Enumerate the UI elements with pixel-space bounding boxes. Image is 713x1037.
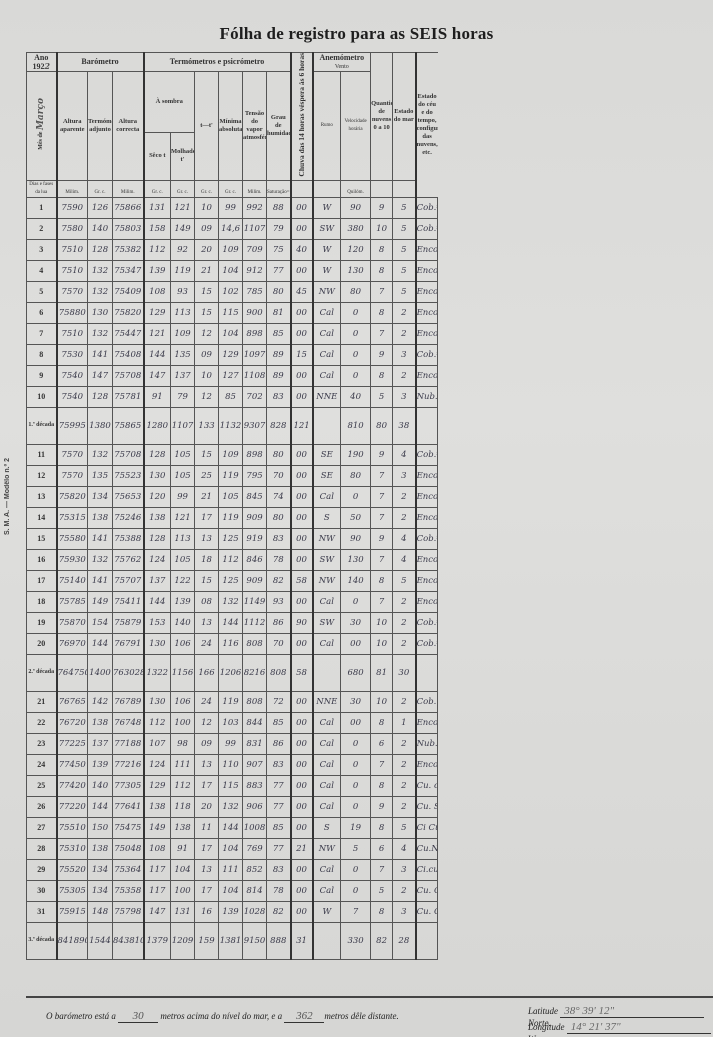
cell-value: 78 bbox=[267, 880, 291, 901]
cell-value: Cal bbox=[313, 633, 341, 654]
cell-value: 135 bbox=[88, 465, 113, 486]
cell-value: 129 bbox=[144, 302, 171, 323]
cell-value: 75310 bbox=[57, 838, 88, 859]
cell-value: 77216 bbox=[113, 754, 144, 775]
cell-value: 7 bbox=[371, 323, 393, 344]
cell-value: 75580 bbox=[57, 528, 88, 549]
cell-value: 5 bbox=[393, 570, 416, 591]
table-row: 87530141754081441350912910978915Cal093Co… bbox=[27, 344, 713, 365]
cell-value: 90 bbox=[341, 197, 371, 218]
footer-divider bbox=[26, 996, 713, 998]
cell-value: 92 bbox=[171, 239, 195, 260]
cell-value: 3 bbox=[393, 859, 416, 880]
cell-value: 75510 bbox=[57, 817, 88, 838]
cell-value: 00 bbox=[291, 444, 313, 465]
cell-value: 139 bbox=[219, 901, 243, 922]
cell-value: 93 bbox=[267, 591, 291, 612]
cell-value: 82 bbox=[267, 570, 291, 591]
cell-value: 14,6 bbox=[219, 218, 243, 239]
cell-value: 121 bbox=[144, 323, 171, 344]
cell-value: 7570 bbox=[57, 444, 88, 465]
cell-value: 1108 bbox=[243, 365, 267, 386]
cell-value: 5 bbox=[393, 197, 416, 218]
table-row: 13758201347565312099211058457400Cal072En… bbox=[27, 486, 713, 507]
cell-value: 81 bbox=[371, 654, 393, 691]
cell-value: 104 bbox=[171, 859, 195, 880]
cell-value: 75880 bbox=[57, 302, 88, 323]
cell-value: 75246 bbox=[113, 507, 144, 528]
cell-value: 898 bbox=[243, 323, 267, 344]
cell-value: 10 bbox=[371, 218, 393, 239]
day-number: 2 bbox=[27, 218, 57, 239]
cell-value: 125 bbox=[219, 570, 243, 591]
cell-value: 58 bbox=[291, 570, 313, 591]
cell-value: 105 bbox=[171, 465, 195, 486]
cell-value: 7570 bbox=[57, 465, 88, 486]
cell-value: 15 bbox=[195, 281, 219, 302]
cell-value: 77 bbox=[267, 796, 291, 817]
cell-value: 828 bbox=[267, 407, 291, 444]
cell-value: 75358 bbox=[113, 880, 144, 901]
cell-value: 144 bbox=[144, 344, 171, 365]
cell-value: 121 bbox=[171, 507, 195, 528]
sky-description: Nub.º Cu.St.cu bbox=[416, 733, 438, 754]
cell-value: 130 bbox=[144, 465, 171, 486]
cell-value: 132 bbox=[219, 591, 243, 612]
cell-value: 75382 bbox=[113, 239, 144, 260]
cell-value: 9307 bbox=[243, 407, 267, 444]
sky-description: Cu. Ci.cu bbox=[416, 880, 438, 901]
cell-value: 1107 bbox=[243, 218, 267, 239]
cell-value: 28 bbox=[393, 922, 416, 959]
cell-value: 11 bbox=[195, 817, 219, 838]
day-number: 26 bbox=[27, 796, 57, 817]
sky-description: Cu. St.cu bbox=[416, 796, 438, 817]
cell-value: 90 bbox=[291, 612, 313, 633]
register-rows: 175901267586613112110999928800W9095Cob.º… bbox=[27, 197, 713, 959]
cell-value: 1400 bbox=[88, 654, 113, 691]
cell-value: 80 bbox=[341, 465, 371, 486]
table-row: 28753101387504810891171047697721NW564Cu.… bbox=[27, 838, 713, 859]
sky-description: Encob.º St.cu bbox=[416, 465, 438, 486]
table-row: 3175915148757981471311613910288200W783Cu… bbox=[27, 901, 713, 922]
cell-value: 137 bbox=[171, 365, 195, 386]
cell-value: 10 bbox=[195, 365, 219, 386]
latitude-field: 38° 39' 12" bbox=[560, 1005, 704, 1018]
table-row: 267722014477641138118201329067700Cal092C… bbox=[27, 796, 713, 817]
form-model-label: S. M. A. — Modêlo n.º 2 bbox=[4, 455, 18, 535]
sky-description: Cob. Aft. Ni Abu bbox=[416, 691, 438, 712]
cell-value: 138 bbox=[88, 712, 113, 733]
cell-value: 106 bbox=[171, 633, 195, 654]
cell-value: 120 bbox=[341, 239, 371, 260]
cell-value: 12 bbox=[195, 386, 219, 407]
cell-value: 8 bbox=[371, 239, 393, 260]
decade-summary-row: 2.ª década764750140076302813221156166120… bbox=[27, 654, 713, 691]
cell-value: 330 bbox=[341, 922, 371, 959]
barometer-note: O barómetro está a 30 metros acima do ní… bbox=[46, 1010, 399, 1023]
cell-value: 190 bbox=[341, 444, 371, 465]
cell-value: 7590 bbox=[57, 197, 88, 218]
cell-value: 09 bbox=[195, 218, 219, 239]
sky-description: Encob.º St.cu bbox=[416, 281, 438, 302]
cell-value: 83 bbox=[267, 386, 291, 407]
day-number: 27 bbox=[27, 817, 57, 838]
cell-value: 20 bbox=[195, 239, 219, 260]
cell-value: 75523 bbox=[113, 465, 144, 486]
cell-value: NW bbox=[313, 528, 341, 549]
cell-value: 106 bbox=[171, 691, 195, 712]
cell-value: NNE bbox=[313, 386, 341, 407]
cell-value: 2 bbox=[393, 775, 416, 796]
cell-value: 100 bbox=[171, 712, 195, 733]
cell-value: 3 bbox=[393, 901, 416, 922]
cell-value: 0 bbox=[341, 733, 371, 754]
cell-value: 100 bbox=[171, 880, 195, 901]
table-row: 307530513475358117100171048147800Cal052C… bbox=[27, 880, 713, 901]
cell-value: 0 bbox=[341, 591, 371, 612]
cell-value: 130 bbox=[88, 302, 113, 323]
table-row: 67588013075820129113151159008100Cal082En… bbox=[27, 302, 713, 323]
cell-value: 00 bbox=[341, 633, 371, 654]
day-number: 7 bbox=[27, 323, 57, 344]
cell-value: 7540 bbox=[57, 386, 88, 407]
cell-value: 75411 bbox=[113, 591, 144, 612]
cell-value: 112 bbox=[219, 549, 243, 570]
day-number: 17 bbox=[27, 570, 57, 591]
cell-value: 139 bbox=[171, 591, 195, 612]
cell-value: 8 bbox=[371, 817, 393, 838]
cell-value: 5 bbox=[371, 880, 393, 901]
cell-value: 00 bbox=[291, 880, 313, 901]
decade-label: 1.ª década bbox=[27, 407, 57, 444]
cell-value: Cal bbox=[313, 859, 341, 880]
cell-value: 7510 bbox=[57, 323, 88, 344]
cell-value: 7 bbox=[371, 465, 393, 486]
day-number: 22 bbox=[27, 712, 57, 733]
cell-value: 144 bbox=[144, 591, 171, 612]
table-row: 2377225137771881079809998318600Cal062Nub… bbox=[27, 733, 713, 754]
cell-value: 147 bbox=[144, 901, 171, 922]
cell-value: 118 bbox=[171, 796, 195, 817]
day-number: 15 bbox=[27, 528, 57, 549]
cell-value: 15 bbox=[291, 344, 313, 365]
cell-value: 10 bbox=[371, 612, 393, 633]
decade-summary-row: 1.ª década759951380758651280110713311329… bbox=[27, 407, 713, 444]
sky-header: Estado do céu e do tempo, configuração d… bbox=[416, 53, 438, 198]
cell-value: 83 bbox=[267, 859, 291, 880]
cell-value: 2 bbox=[393, 691, 416, 712]
cell-value: 91 bbox=[171, 838, 195, 859]
cell-value: 810 bbox=[341, 407, 371, 444]
cell-value: 75879 bbox=[113, 612, 144, 633]
cell-value: 15 bbox=[195, 302, 219, 323]
cell-value: 9 bbox=[371, 344, 393, 365]
cell-value: 86 bbox=[267, 612, 291, 633]
table-row: 1875785149754111441390813211499300Cal072… bbox=[27, 591, 713, 612]
cell-value: 77450 bbox=[57, 754, 88, 775]
cell-value: 0 bbox=[341, 486, 371, 507]
cell-value: 08 bbox=[195, 591, 219, 612]
cell-value: 81 bbox=[267, 302, 291, 323]
cell-value bbox=[313, 654, 341, 691]
cell-value: 909 bbox=[243, 507, 267, 528]
cell-value: 13 bbox=[195, 859, 219, 880]
cell-value: NW bbox=[313, 281, 341, 302]
cell-value: 9 bbox=[371, 197, 393, 218]
sky-description: Cu. Cu.Nb bbox=[416, 901, 438, 922]
page-title: Fólha de registro para as SEIS horas bbox=[0, 24, 713, 44]
cell-value: 75820 bbox=[57, 486, 88, 507]
cell-value: Cal bbox=[313, 733, 341, 754]
cell-value: 00 bbox=[291, 591, 313, 612]
sea-header: Estado do mar bbox=[393, 53, 416, 181]
cell-value: 102 bbox=[219, 281, 243, 302]
cell-value: 45 bbox=[291, 281, 313, 302]
unit-label bbox=[291, 180, 313, 197]
cell-value: 25 bbox=[195, 465, 219, 486]
table-row: 375101287538211292201097097540W12085Enco… bbox=[27, 239, 713, 260]
day-number: 8 bbox=[27, 344, 57, 365]
sky-description: Cob.º nevoado cu.Nb chuvisco bbox=[416, 444, 438, 465]
cell-value: 00 bbox=[291, 859, 313, 880]
cell-value: 70 bbox=[267, 633, 291, 654]
cell-value: 0 bbox=[341, 365, 371, 386]
cell-value: 139 bbox=[144, 260, 171, 281]
cell-value: 898 bbox=[243, 444, 267, 465]
cell-value: 5 bbox=[371, 386, 393, 407]
cell-value: 4 bbox=[393, 838, 416, 859]
cell-value: Cal bbox=[313, 775, 341, 796]
cell-value: 8 bbox=[371, 570, 393, 591]
cell-value: 30 bbox=[341, 612, 371, 633]
cell-value: 24 bbox=[195, 691, 219, 712]
table-row: 217676514276789130106241198087200NNE3010… bbox=[27, 691, 713, 712]
sky-description: Encob.º ci.St bbox=[416, 507, 438, 528]
cell-value: 149 bbox=[144, 817, 171, 838]
cell-value: 907 bbox=[243, 754, 267, 775]
sky-description: Ci Cu. Cu.Nb bbox=[416, 817, 438, 838]
cell-value: 7 bbox=[371, 859, 393, 880]
sky-description: Encob.º St.cu bbox=[416, 260, 438, 281]
cell-value: 111 bbox=[171, 754, 195, 775]
cell-value: 121 bbox=[291, 407, 313, 444]
day-number: 11 bbox=[27, 444, 57, 465]
cell-value: 104 bbox=[219, 838, 243, 859]
anemometer-group-header: AnemómetroVento bbox=[313, 53, 371, 72]
table-row: 97540147757081471371012711088900Cal082En… bbox=[27, 365, 713, 386]
cell-value: 3 bbox=[393, 465, 416, 486]
cell-value: 113 bbox=[171, 528, 195, 549]
cell-value: 795 bbox=[243, 465, 267, 486]
sky-description: Encob.º St.cu bbox=[416, 239, 438, 260]
cell-value: 133 bbox=[195, 407, 219, 444]
cell-value: 0 bbox=[341, 302, 371, 323]
cell-value: 10 bbox=[371, 633, 393, 654]
day-number: 1 bbox=[27, 197, 57, 218]
cell-value: 91 bbox=[144, 386, 171, 407]
cell-value: 139 bbox=[88, 754, 113, 775]
cell-value: 149 bbox=[88, 591, 113, 612]
sky-description: Encob.º St.cu bbox=[416, 486, 438, 507]
cell-value: 72 bbox=[267, 691, 291, 712]
cell-value: 132 bbox=[219, 796, 243, 817]
cell-value: 75781 bbox=[113, 386, 144, 407]
sky-description bbox=[416, 922, 438, 959]
cell-value: 78 bbox=[267, 549, 291, 570]
wet-temp-header: Molhado t' bbox=[171, 132, 195, 180]
day-number: 6 bbox=[27, 302, 57, 323]
unit-label: Gr. c. bbox=[195, 180, 219, 197]
cell-value: 7510 bbox=[57, 239, 88, 260]
cell-value: 77305 bbox=[113, 775, 144, 796]
cell-value: 4 bbox=[393, 444, 416, 465]
unit-label: Gr. c. bbox=[219, 180, 243, 197]
sky-description: Encob.º chuvisco, nevoeiro no monte ci.c… bbox=[416, 365, 438, 386]
sky-description: Cob.º Aft. Cu Ni bbox=[416, 612, 438, 633]
cell-value: NNE bbox=[313, 691, 341, 712]
cell-value: 12 bbox=[195, 323, 219, 344]
min-temp-header: Mínima absoluta bbox=[219, 72, 243, 181]
cell-value: SW bbox=[313, 612, 341, 633]
cell-value: 129 bbox=[144, 775, 171, 796]
cell-value: 75388 bbox=[113, 528, 144, 549]
cell-value: 88 bbox=[267, 197, 291, 218]
cell-value: 00 bbox=[291, 549, 313, 570]
cell-value: 132 bbox=[88, 281, 113, 302]
cell-value: 5 bbox=[393, 817, 416, 838]
cell-value: 89 bbox=[267, 344, 291, 365]
cell-value: 7530 bbox=[57, 344, 88, 365]
cell-value: 00 bbox=[291, 323, 313, 344]
cell-value: 113 bbox=[171, 302, 195, 323]
cell-value: 5 bbox=[393, 239, 416, 260]
cell-value bbox=[313, 407, 341, 444]
day-number: 19 bbox=[27, 612, 57, 633]
cell-value: 83 bbox=[267, 528, 291, 549]
rain-header: Chuva das 14 horas véspera às 6 horas bbox=[291, 53, 313, 181]
day-number: 24 bbox=[27, 754, 57, 775]
cell-value: 75866 bbox=[113, 197, 144, 218]
cell-value: 4 bbox=[393, 549, 416, 570]
cell-value: 138 bbox=[88, 838, 113, 859]
table-row: 227672013876748112100121038448500Cal0081… bbox=[27, 712, 713, 733]
cell-value: 127 bbox=[219, 365, 243, 386]
cell-value: 09 bbox=[195, 733, 219, 754]
unit-label: Milim. bbox=[243, 180, 267, 197]
unit-label: Milim. bbox=[57, 180, 88, 197]
cell-value: 00 bbox=[291, 386, 313, 407]
cell-value: 7580 bbox=[57, 218, 88, 239]
barometer-group-header: Barómetro bbox=[57, 53, 144, 72]
cell-value: 13 bbox=[195, 754, 219, 775]
cell-value: 00 bbox=[291, 365, 313, 386]
cell-value: 80 bbox=[371, 407, 393, 444]
cell-value: 5 bbox=[393, 260, 416, 281]
cell-value: 15 bbox=[195, 570, 219, 591]
cell-value: 7 bbox=[371, 281, 393, 302]
cell-value: 00 bbox=[341, 712, 371, 733]
cell-value: 1209 bbox=[171, 922, 195, 959]
cell-value: 77 bbox=[267, 260, 291, 281]
cell-value: 80 bbox=[267, 444, 291, 465]
cell-value: 75820 bbox=[113, 302, 144, 323]
cell-value: 115 bbox=[219, 775, 243, 796]
cell-value: 845 bbox=[243, 486, 267, 507]
cell-value: 119 bbox=[219, 465, 243, 486]
cell-value: 40 bbox=[341, 386, 371, 407]
cell-value: 131 bbox=[171, 901, 195, 922]
cell-value: Cal bbox=[313, 323, 341, 344]
cell-value: 99 bbox=[171, 486, 195, 507]
cell-value: 82 bbox=[371, 922, 393, 959]
cell-value: 75798 bbox=[113, 901, 144, 922]
cell-value: 1132 bbox=[219, 407, 243, 444]
cell-value: Cal bbox=[313, 591, 341, 612]
cell-value: 10 bbox=[371, 691, 393, 712]
day-number: 4 bbox=[27, 260, 57, 281]
table-row: 4751013275347139119211049127700W13085Enc… bbox=[27, 260, 713, 281]
table-row: 11757013275708128105151098988000SE19094C… bbox=[27, 444, 713, 465]
unit-label: Gr. c. bbox=[171, 180, 195, 197]
day-number: 20 bbox=[27, 633, 57, 654]
cell-value: 00 bbox=[291, 775, 313, 796]
cell-value: S bbox=[313, 507, 341, 528]
cell-value: 76791 bbox=[113, 633, 144, 654]
cell-value: 75870 bbox=[57, 612, 88, 633]
cell-value: 808 bbox=[243, 633, 267, 654]
cell-value: 75785 bbox=[57, 591, 88, 612]
cell-value: 105 bbox=[219, 486, 243, 507]
cell-value: 1149 bbox=[243, 591, 267, 612]
cell-value: 8 bbox=[371, 365, 393, 386]
cell-value: 8 bbox=[371, 712, 393, 733]
cell-value: 144 bbox=[88, 633, 113, 654]
cell-value: 17 bbox=[195, 838, 219, 859]
day-number: 14 bbox=[27, 507, 57, 528]
longitude-field: 14° 21' 37" bbox=[567, 1021, 711, 1034]
cell-value: 8 bbox=[371, 302, 393, 323]
temp-diff-header: t—t' bbox=[195, 72, 219, 181]
barometer-thermometer-header: Termómetro adjunto bbox=[88, 72, 113, 181]
cell-value: 85 bbox=[267, 323, 291, 344]
sky-description: Encob.º nevoado cu.st.cu.ci bbox=[416, 591, 438, 612]
cell-value: 814 bbox=[243, 880, 267, 901]
cell-value: 128 bbox=[144, 528, 171, 549]
cell-value: 105 bbox=[171, 444, 195, 465]
table-row: 575701327540910893151027858045NW8075Enco… bbox=[27, 281, 713, 302]
cell-value: 7 bbox=[371, 486, 393, 507]
cell-value: 90 bbox=[341, 528, 371, 549]
cell-value: Cal bbox=[313, 486, 341, 507]
cell-value: 852 bbox=[243, 859, 267, 880]
barometer-correct-header: Altura correcta bbox=[113, 72, 144, 181]
sky-description: Cu.Nb. St.cu bbox=[416, 838, 438, 859]
cell-value: 785 bbox=[243, 281, 267, 302]
cell-value: 124 bbox=[144, 549, 171, 570]
sky-description: Cob.º Aft. Cu bbox=[416, 633, 438, 654]
table-row: 257742014077305129112171158837700Cal082C… bbox=[27, 775, 713, 796]
barometer-distance-field: 362 bbox=[284, 1010, 324, 1023]
cell-value: 912 bbox=[243, 260, 267, 281]
cell-value: 131 bbox=[144, 197, 171, 218]
day-number: 12 bbox=[27, 465, 57, 486]
cell-value: 159 bbox=[195, 922, 219, 959]
table-row: 147531513875246138121171199098000S5072En… bbox=[27, 507, 713, 528]
cell-value: 75520 bbox=[57, 859, 88, 880]
vapor-tension-header: Tensão do vapor atmosférico bbox=[243, 72, 267, 181]
cell-value: 80 bbox=[267, 507, 291, 528]
